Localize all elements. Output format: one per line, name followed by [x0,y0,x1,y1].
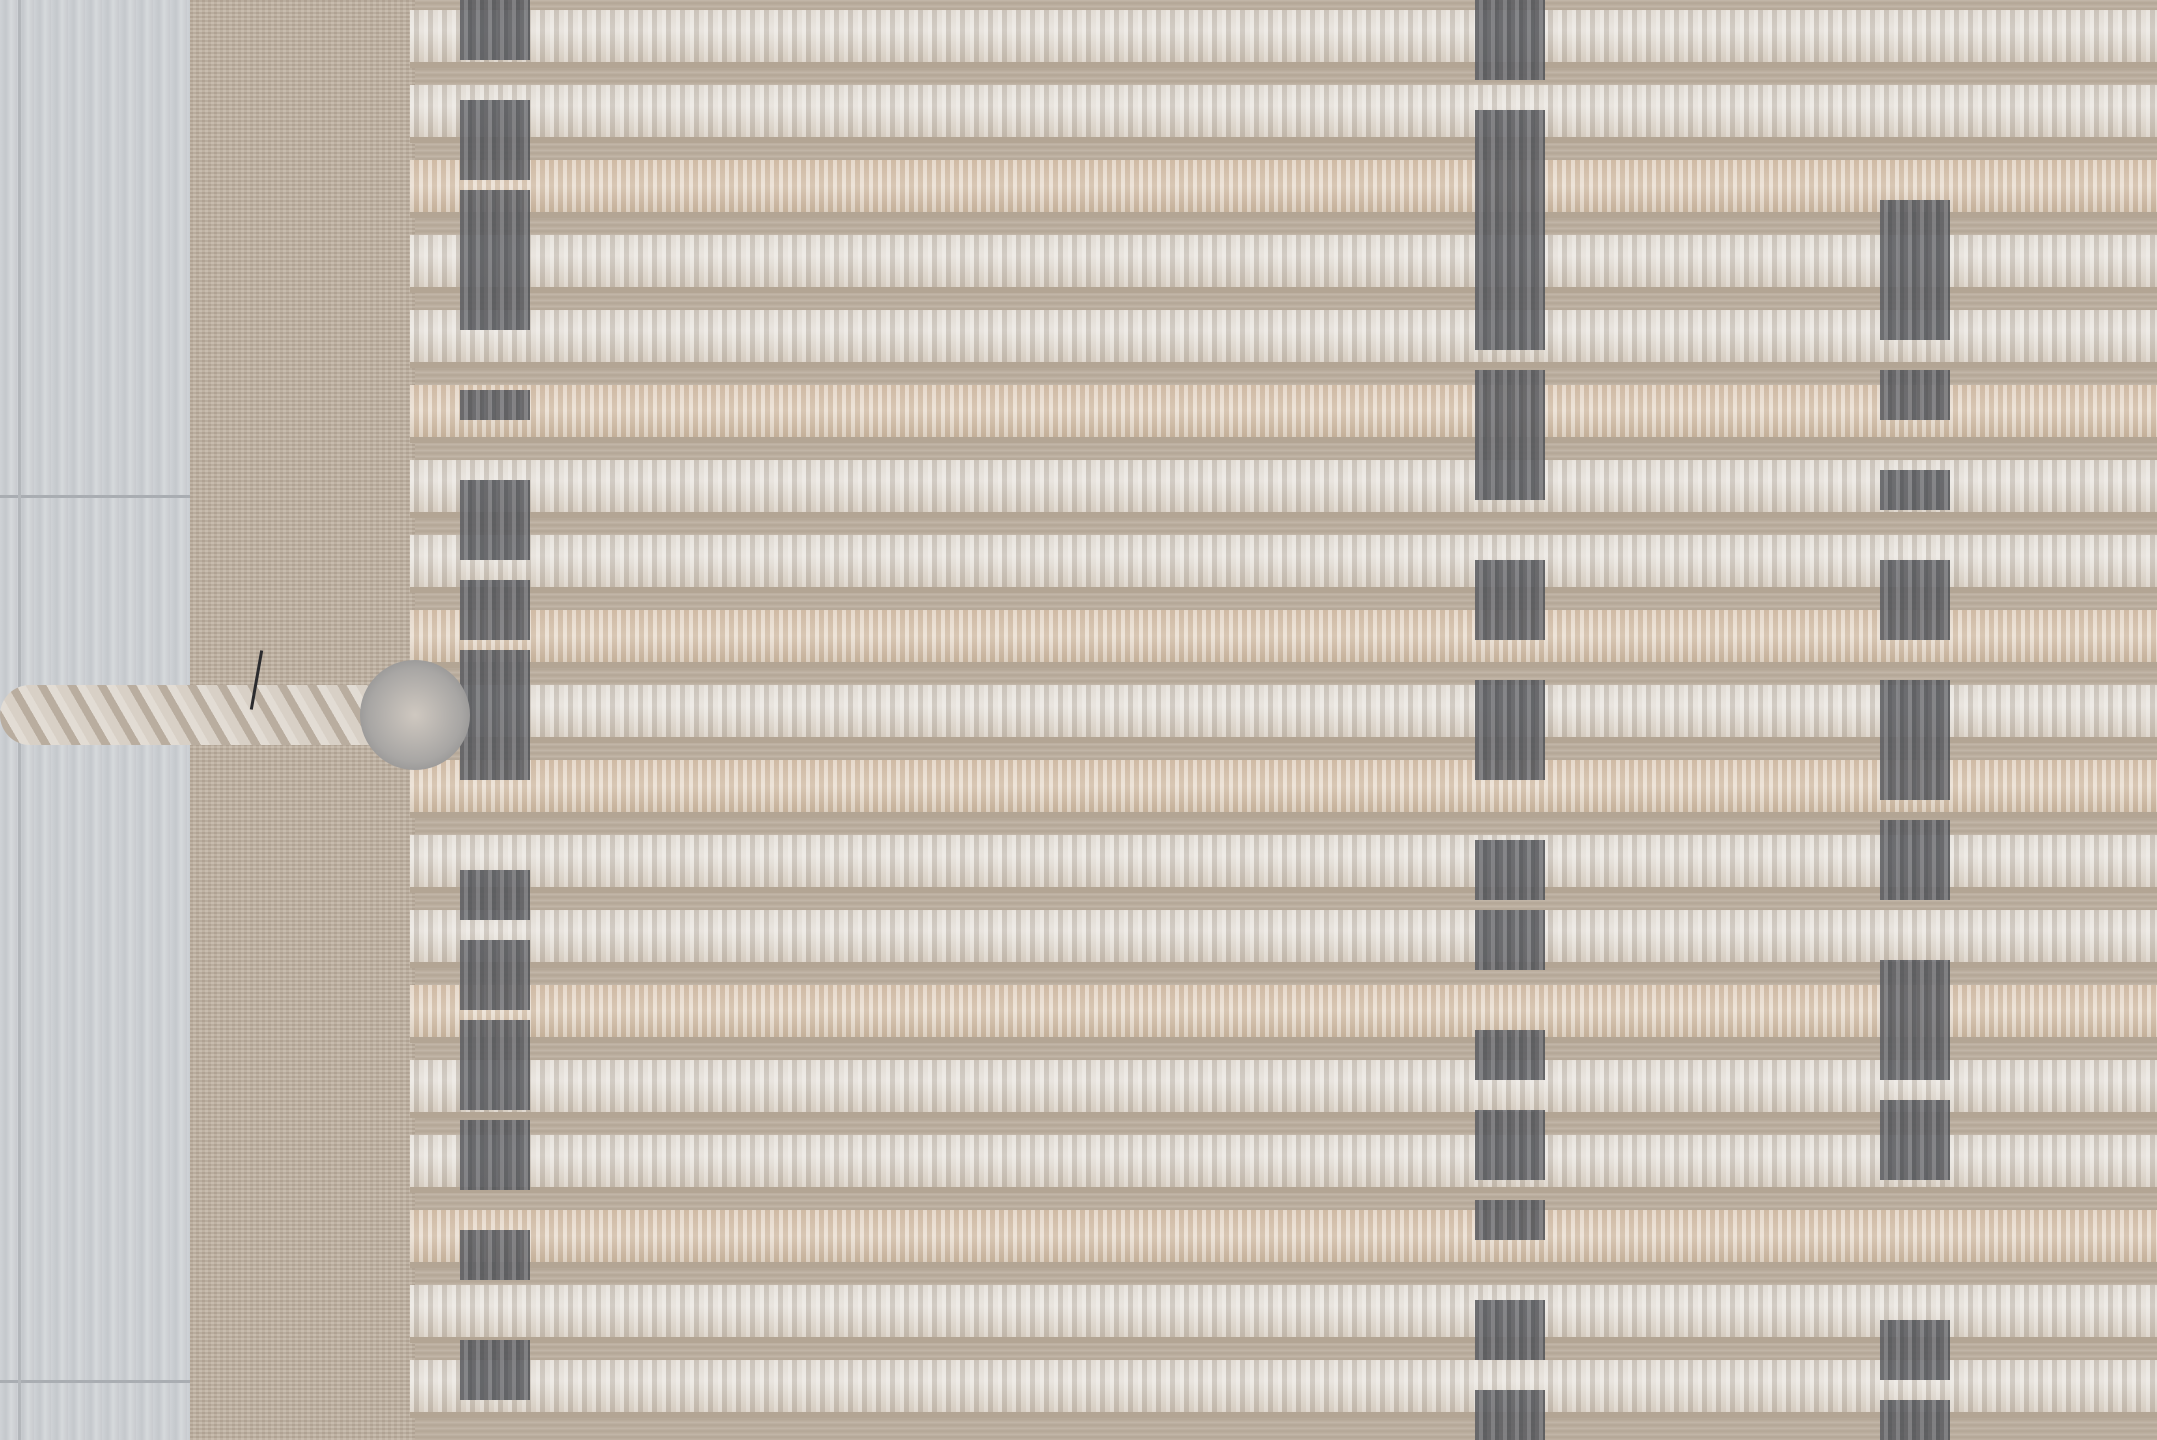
grey-accent-block [1880,1400,1950,1440]
grey-accent-block [1475,680,1545,780]
grey-accent-block [460,1120,530,1190]
grey-accent-block [460,100,530,180]
grey-accent-block [1475,370,1545,500]
grey-accent-block [1880,200,1950,340]
grey-accent-block [1880,560,1950,640]
grey-accent-block [1880,960,1950,1080]
grey-accent-block [1475,1110,1545,1180]
grey-accent-block [460,1230,530,1280]
grey-accent-block [1475,910,1545,970]
grey-accent-block [460,650,530,780]
floor-seam [0,495,200,498]
pile-row [410,85,2157,143]
grey-accent-block [1880,1320,1950,1380]
grey-accent-block [460,1020,530,1110]
grey-accent-block [1475,0,1545,80]
grey-accent-block [460,390,530,420]
pile-row [410,1210,2157,1268]
fringe-knot [360,660,470,770]
grey-accent-block [1880,1100,1950,1180]
grey-accent-block [460,870,530,920]
grey-accent-block [1475,1200,1545,1240]
grey-accent-block [1475,1030,1545,1080]
grey-accent-block [460,1340,530,1400]
grey-accent-block [1880,680,1950,800]
grey-accent-block [460,940,530,1010]
grey-accent-block [1475,560,1545,640]
grey-accent-block [1475,110,1545,350]
floor-seam [0,1380,200,1383]
grey-accent-block [1475,1390,1545,1440]
grey-accent-block [460,580,530,640]
grey-accent-block [1880,370,1950,420]
grey-accent-block [1475,1300,1545,1360]
grey-accent-block [1475,840,1545,900]
grey-accent-block [1880,820,1950,900]
grey-accent-block [460,190,530,330]
grey-accent-block [460,480,530,560]
grey-accent-block [460,0,530,60]
pile-row [410,10,2157,68]
grey-accent-block [1880,470,1950,510]
